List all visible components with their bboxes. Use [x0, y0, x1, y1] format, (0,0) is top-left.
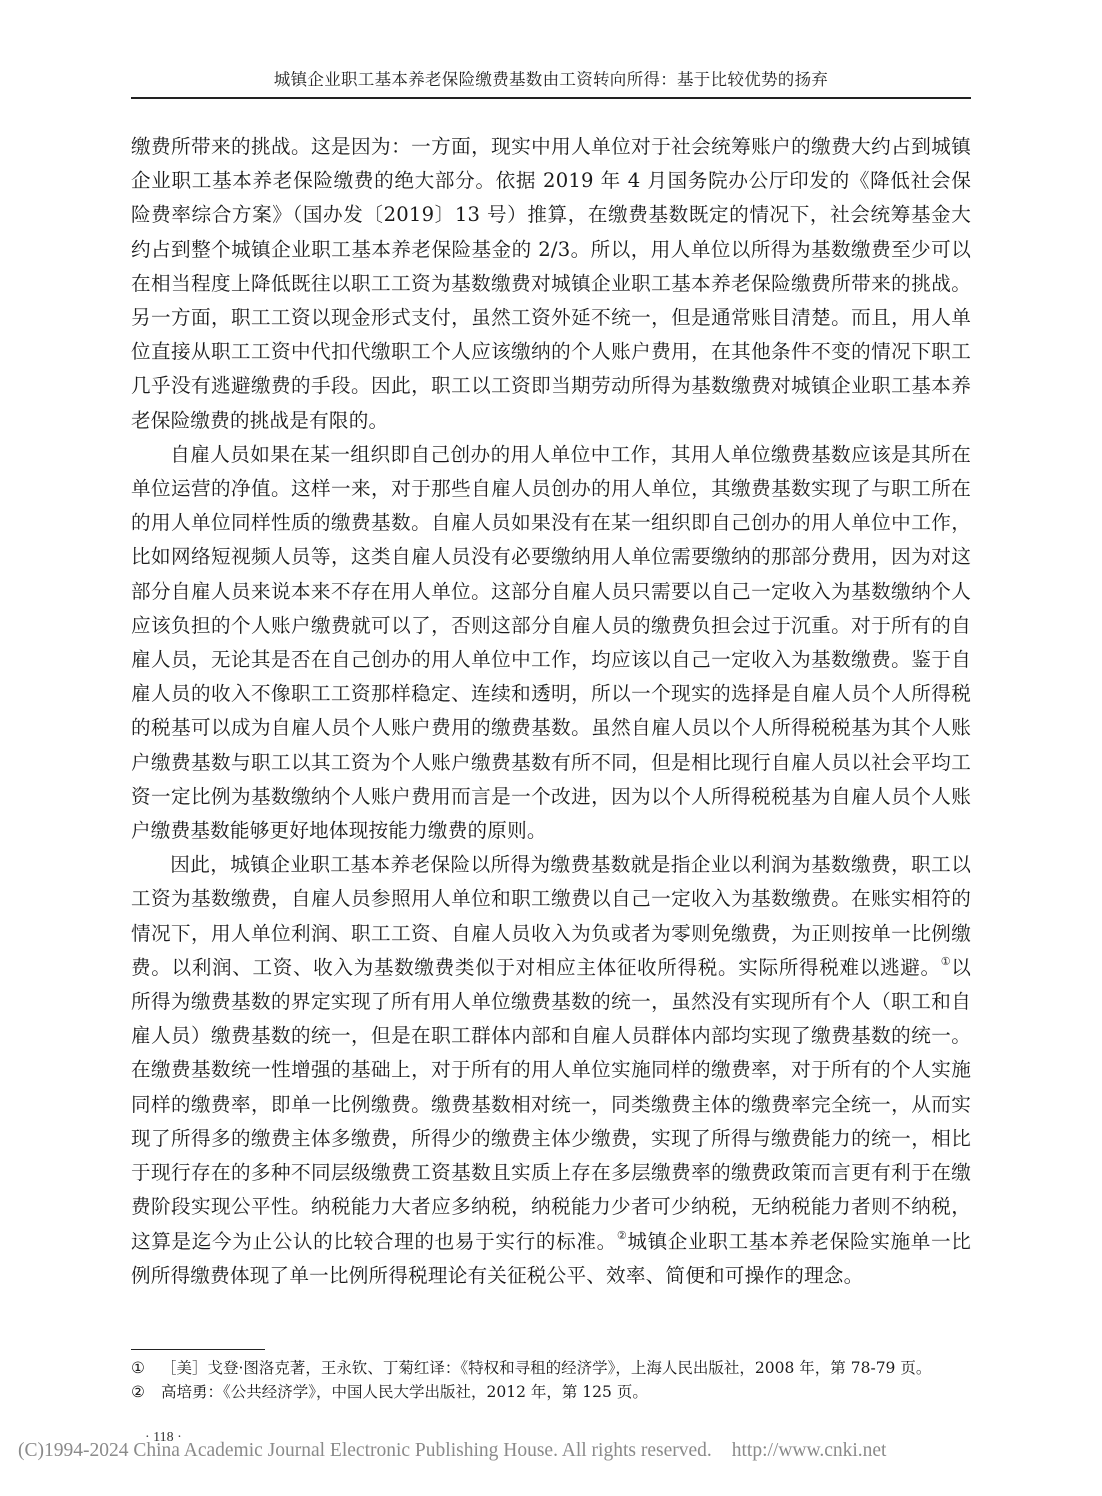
footnote-mark: ② [131, 1380, 161, 1404]
footnote-text: 高培勇：《公共经济学》，中国人民大学出版社，2012 年，第 125 页。 [161, 1380, 648, 1404]
header-rule [131, 97, 971, 99]
article-body: 缴费所带来的挑战。这是因为：一方面，现实中用人单位对于社会统筹账户的缴费大约占到… [131, 130, 971, 1293]
copyright-notice: (C)1994-2024 China Academic Journal Elec… [18, 1440, 886, 1462]
footnote-ref-1[interactable]: ① [941, 955, 952, 968]
cnki-link[interactable]: http://www.cnki.net [732, 1440, 887, 1461]
footnote-2: ② 高培勇：《公共经济学》，中国人民大学出版社，2012 年，第 125 页。 [131, 1380, 971, 1404]
copyright-text: (C)1994-2024 China Academic Journal Elec… [18, 1440, 712, 1461]
paragraph-1: 缴费所带来的挑战。这是因为：一方面，现实中用人单位对于社会统筹账户的缴费大约占到… [131, 130, 971, 438]
footnote-1: ① ［美］戈登·图洛克著，王永钦、丁菊红译：《特权和寻租的经济学》，上海人民出版… [131, 1356, 971, 1380]
footnotes: ① ［美］戈登·图洛克著，王永钦、丁菊红译：《特权和寻租的经济学》，上海人民出版… [131, 1356, 971, 1404]
running-title: 城镇企业职工基本养老保险缴费基数由工资转向所得：基于比较优势的扬弃 [131, 66, 971, 90]
paragraph-2: 自雇人员如果在某一组织即自己创办的用人单位中工作，其用人单位缴费基数应该是其所在… [131, 438, 971, 848]
paragraph-3: 因此，城镇企业职工基本养老保险以所得为缴费基数就是指企业以利润为基数缴费，职工以… [131, 848, 971, 1293]
footnote-text: ［美］戈登·图洛克著，王永钦、丁菊红译：《特权和寻租的经济学》，上海人民出版社，… [161, 1356, 931, 1380]
paragraph-3-part-1: 因此，城镇企业职工基本养老保险以所得为缴费基数就是指企业以利润为基数缴费，职工以… [131, 853, 971, 979]
footnote-mark: ① [131, 1356, 161, 1380]
footnote-rule [131, 1349, 265, 1350]
footnote-ref-2[interactable]: ② [617, 1229, 628, 1242]
paragraph-3-part-2: 以所得为缴费基数的界定实现了所有用人单位缴费基数的统一，虽然没有实现所有个人（职… [131, 956, 971, 1253]
